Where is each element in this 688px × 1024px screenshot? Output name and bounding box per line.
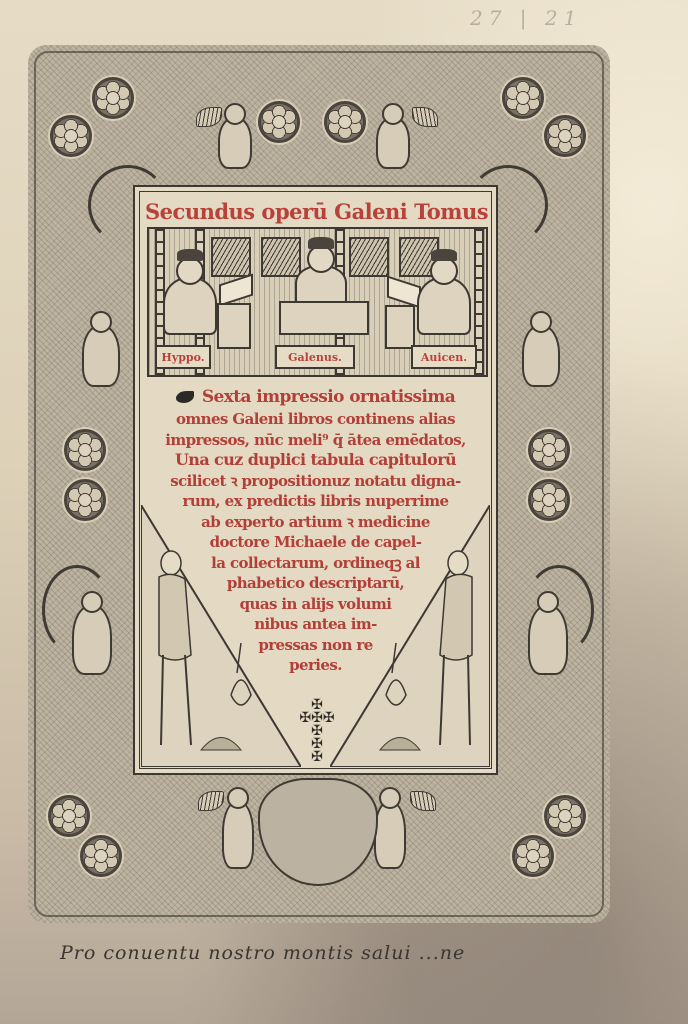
label-galenus: Galenus. — [275, 345, 355, 369]
scholar-hippocrates — [163, 277, 217, 335]
writing-desk — [279, 301, 369, 335]
rosette-ornament — [528, 429, 570, 471]
open-book — [219, 273, 253, 306]
text-line: omnes Galeni libros continens alias — [135, 409, 496, 430]
putto-figure — [522, 325, 560, 387]
rosette-ornament — [544, 795, 586, 837]
label-hyppo: Hyppo. — [155, 345, 211, 369]
rosette-ornament — [64, 429, 106, 471]
putto-figure — [72, 605, 112, 675]
text-line: ab experto artium ꝛ medicine — [135, 512, 496, 533]
text-line: Una cuz duplici tabula capitulorū — [135, 450, 496, 471]
bookshelf — [211, 237, 251, 277]
text-line: rum, ex predictis libris nuperrime — [135, 491, 496, 512]
rosette-ornament — [92, 77, 134, 119]
putto-figure — [528, 605, 568, 675]
rosette-ornament — [544, 115, 586, 157]
title-body-text: Sexta impressio ornatissima omnes Galeni… — [135, 385, 496, 676]
text-line: phabetico descriptarū, — [135, 573, 496, 594]
text-line: la collectarum, ordineqꝫ al — [135, 553, 496, 574]
putto-wing — [196, 107, 222, 127]
putto-figure — [222, 801, 254, 869]
lectern — [385, 305, 415, 349]
rosette-ornament — [258, 101, 300, 143]
rosette-ornament — [512, 835, 554, 877]
rosette-ornament — [48, 795, 90, 837]
rosette-ornament — [80, 835, 122, 877]
woodcut-scholars-scene: Hyppo. Galenus. Auicen. — [147, 227, 488, 377]
lectern — [217, 303, 251, 349]
putto-figure — [82, 325, 120, 387]
text-line: peries. — [135, 655, 496, 676]
putto-wing — [198, 791, 224, 811]
rosette-ornament — [64, 479, 106, 521]
putto-wing — [410, 791, 436, 811]
text-line: impressos, nūc meli⁹ q̄ ātea emēdatos, — [135, 430, 496, 451]
scanned-page: 27 | 21 — [0, 0, 688, 1024]
rosette-ornament — [50, 115, 92, 157]
bookshelf — [261, 237, 301, 277]
pencil-shelfmark: 27 | 21 — [470, 6, 610, 42]
putto-figure — [218, 117, 252, 169]
rosette-ornament — [324, 101, 366, 143]
text-line: nibus antea im- — [135, 614, 496, 635]
putto-figure — [376, 117, 410, 169]
rosette-ornament — [502, 77, 544, 119]
text-line: Sexta impressio ornatissima — [135, 385, 496, 409]
open-book — [387, 275, 421, 308]
text-line: pressas non re — [135, 635, 496, 656]
rosette-ornament — [528, 479, 570, 521]
handwritten-ownership-inscription: Pro conuentu nostro montis salui ...ne — [60, 942, 600, 964]
text-line: quas in alijs volumi — [135, 594, 496, 615]
scholar-avicenna — [417, 277, 471, 335]
text-line: scilicet ꝛ propositionuz notatu digna- — [135, 471, 496, 492]
text-line: doctore Michaele de capel- — [135, 532, 496, 553]
cross-ornament-icon: ✠ ✠✠✠ ✠ ✠ ✠ — [295, 699, 339, 769]
label-auicen: Auicen. — [411, 345, 477, 369]
putto-figure — [374, 801, 406, 869]
title-panel: Secundus operū Galeni Tomus Hyppo. Galen… — [133, 185, 498, 775]
hedera-leaf-icon — [176, 391, 194, 403]
book-title: Secundus operū Galeni Tomus — [145, 199, 486, 224]
putto-wing — [412, 107, 438, 127]
bookshelf — [349, 237, 389, 277]
cross-glyph: ✠ — [295, 751, 339, 764]
scholar-galen — [295, 265, 347, 305]
